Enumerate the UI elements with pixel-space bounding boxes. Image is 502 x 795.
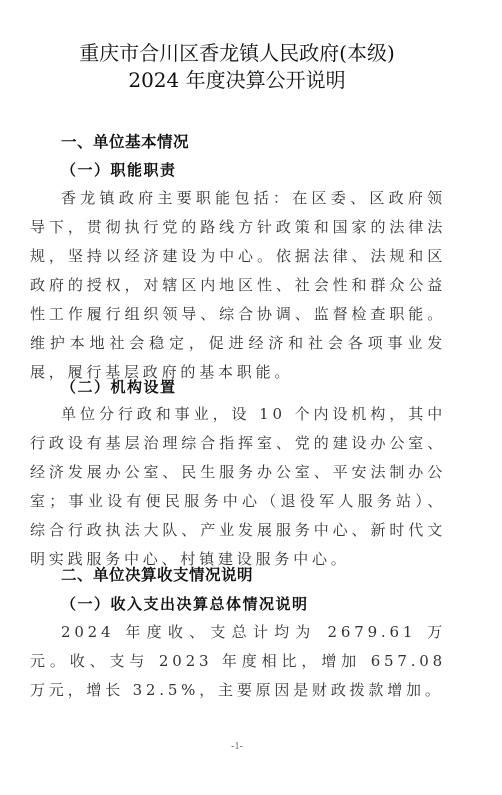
paragraph-duties: 香龙镇政府主要职能包括：在区委、区政府领导下，贯彻执行党的路线方针政策和国家的法… xyxy=(30,184,446,387)
paragraph-income-expense: 2024 年度收、支总计均为 2679.61 万元。收、支与 2023 年度相比… xyxy=(30,618,446,705)
paragraph-organization: 单位分行政和事业，设 10 个内设机构，其中行政设有基层治理综合指挥室、党的建设… xyxy=(30,400,446,574)
document-title-line1: 重庆市合川区香龙镇人民政府(本级) xyxy=(0,40,474,66)
document-title-line2: 2024 年度决算公开说明 xyxy=(0,67,474,93)
subsection-heading-income-expense: （一）收入支出决算总体情况说明 xyxy=(61,594,309,614)
section-heading-budget: 二、单位决算收支情况说明 xyxy=(61,565,253,585)
subsection-heading-organization: （二）机构设置 xyxy=(61,377,177,397)
page-number: -1- xyxy=(0,741,474,752)
document-page: 重庆市合川区香龙镇人民政府(本级) 2024 年度决算公开说明 一、单位基本情况… xyxy=(0,0,502,795)
subsection-heading-duties: （一）职能职责 xyxy=(61,160,177,180)
section-heading-basic-info: 一、单位基本情况 xyxy=(61,132,189,152)
